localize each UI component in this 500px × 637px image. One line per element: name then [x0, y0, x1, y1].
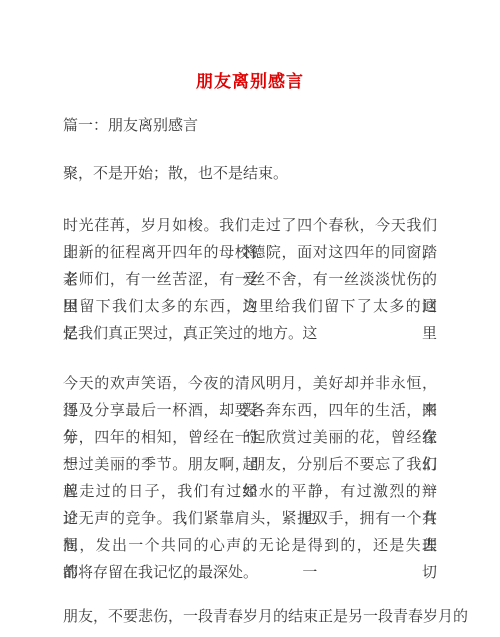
text-line: 起走过的日子，我们有过如水的平静，有过激烈的辩论，也有 — [63, 479, 437, 506]
paragraph-heading: 篇一：朋友离别感言 — [63, 113, 437, 140]
paragraph: 朋友，不要悲伤，一段青春岁月的结束正是另一段青春岁月的 — [63, 604, 437, 631]
text-line: 分，四年的相知，曾经在一起欣赏过美丽的花，曾经在一起幻 — [63, 425, 437, 452]
text-line: 过无声的竞争。我们紧靠肩头，紧握双手，拥有一个共同的理 — [63, 506, 437, 533]
text-line: 聚，不是开始；散，也不是结束。 — [63, 161, 437, 188]
text-line: 今天的欢声笑语，今夜的清风明月，美好却并非永恒，还没来 — [63, 371, 437, 398]
text-line: 上新的征程离开四年的母校德院，面对这四年的同窗，亲爱的 — [63, 240, 437, 267]
text-line: 想，发出一个共同的心声。无论是得到的，还是失去的，一切 — [63, 533, 437, 560]
document-body: 篇一：朋友离别感言 聚，不是开始；散，也不是结束。 时光荏苒，岁月如梭。我们走过… — [63, 113, 437, 631]
text-line: 想过美丽的季节。朋友啊，朋友，分别后不要忘了我们曾经一 — [63, 452, 437, 479]
text-line: 里留下我们太多的东西，这里给我们留下了太多的回忆，这里 — [63, 294, 437, 321]
text-line: 朋友，不要悲伤，一段青春岁月的结束正是另一段青春岁月的 — [63, 604, 437, 631]
text-line: 老师们，有一丝苦涩，有一丝不舍，有一丝淡淡忧伤，因为这 — [63, 267, 437, 294]
paragraph: 今天的欢声笑语，今夜的清风明月，美好却并非永恒，还没来 得及分享最后一杯酒，却要… — [63, 371, 437, 587]
text-line: 得及分享最后一杯酒，却要各奔东西，四年的生活，四年的缘 — [63, 398, 437, 425]
document-title: 朋友离别感言 — [0, 68, 500, 95]
paragraph: 聚，不是开始；散，也不是结束。 — [63, 161, 437, 188]
text-line: 时光荏苒，岁月如梭。我们走过了四个春秋，今天我们即将踏 — [63, 213, 437, 240]
text-line: 篇一：朋友离别感言 — [63, 113, 437, 140]
paragraph: 时光荏苒，岁月如梭。我们走过了四个春秋，今天我们即将踏 上新的征程离开四年的母校… — [63, 213, 437, 348]
document-page: 朋友离别感言 篇一：朋友离别感言 聚，不是开始；散，也不是结束。 时光荏苒，岁月… — [0, 0, 500, 637]
